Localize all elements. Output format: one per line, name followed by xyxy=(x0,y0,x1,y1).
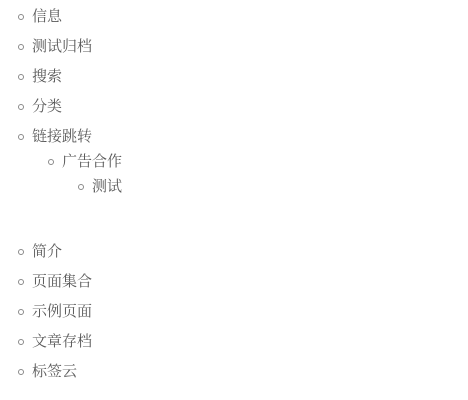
menu-link[interactable]: 分类 xyxy=(32,98,62,115)
pages-widget: 简介 页面集合 示例页面 文章存档 标签云 xyxy=(0,239,468,384)
pages-list: 简介 页面集合 示例页面 文章存档 标签云 xyxy=(0,239,468,384)
menu-link[interactable]: 测试 xyxy=(92,178,122,195)
list-item: 测试归档 xyxy=(32,34,468,59)
page-link[interactable]: 示例页面 xyxy=(32,303,92,320)
list-item: 信息 xyxy=(32,4,468,29)
list-item: 搜索 xyxy=(32,64,468,89)
sidebar-widget-area: 信息 测试归档 搜索 分类 链接跳转 广告合作 xyxy=(0,0,468,384)
page-link[interactable]: 标签云 xyxy=(32,363,77,380)
nav-menu-widget: 信息 测试归档 搜索 分类 链接跳转 广告合作 xyxy=(0,4,468,199)
circle-bullet-icon xyxy=(18,14,24,20)
menu-link[interactable]: 测试归档 xyxy=(32,38,92,55)
circle-bullet-icon xyxy=(18,369,24,375)
list-item: 链接跳转 广告合作 测试 xyxy=(32,124,468,199)
circle-bullet-icon xyxy=(18,249,24,255)
nav-menu-list: 信息 测试归档 搜索 分类 链接跳转 广告合作 xyxy=(0,4,468,199)
list-item: 测试 xyxy=(92,174,468,199)
list-item: 页面集合 xyxy=(32,269,468,294)
menu-link[interactable]: 广告合作 xyxy=(62,153,122,170)
page-link[interactable]: 简介 xyxy=(32,243,62,260)
nav-menu-sublist: 测试 xyxy=(62,174,468,199)
menu-link[interactable]: 链接跳转 xyxy=(32,128,92,145)
list-item: 文章存档 xyxy=(32,329,468,354)
list-item: 分类 xyxy=(32,94,468,119)
circle-bullet-icon xyxy=(18,309,24,315)
circle-bullet-icon xyxy=(18,44,24,50)
menu-link[interactable]: 信息 xyxy=(32,8,62,25)
page-link[interactable]: 文章存档 xyxy=(32,333,92,350)
circle-bullet-icon xyxy=(48,159,54,165)
page-link[interactable]: 页面集合 xyxy=(32,273,92,290)
menu-link[interactable]: 搜索 xyxy=(32,68,62,85)
list-item: 简介 xyxy=(32,239,468,264)
circle-bullet-icon xyxy=(78,184,84,190)
list-item: 标签云 xyxy=(32,359,468,384)
circle-bullet-icon xyxy=(18,339,24,345)
circle-bullet-icon xyxy=(18,279,24,285)
circle-bullet-icon xyxy=(18,104,24,110)
circle-bullet-icon xyxy=(18,74,24,80)
nav-menu-sublist: 广告合作 测试 xyxy=(32,149,468,199)
list-item: 示例页面 xyxy=(32,299,468,324)
circle-bullet-icon xyxy=(18,134,24,140)
list-item: 广告合作 测试 xyxy=(62,149,468,199)
